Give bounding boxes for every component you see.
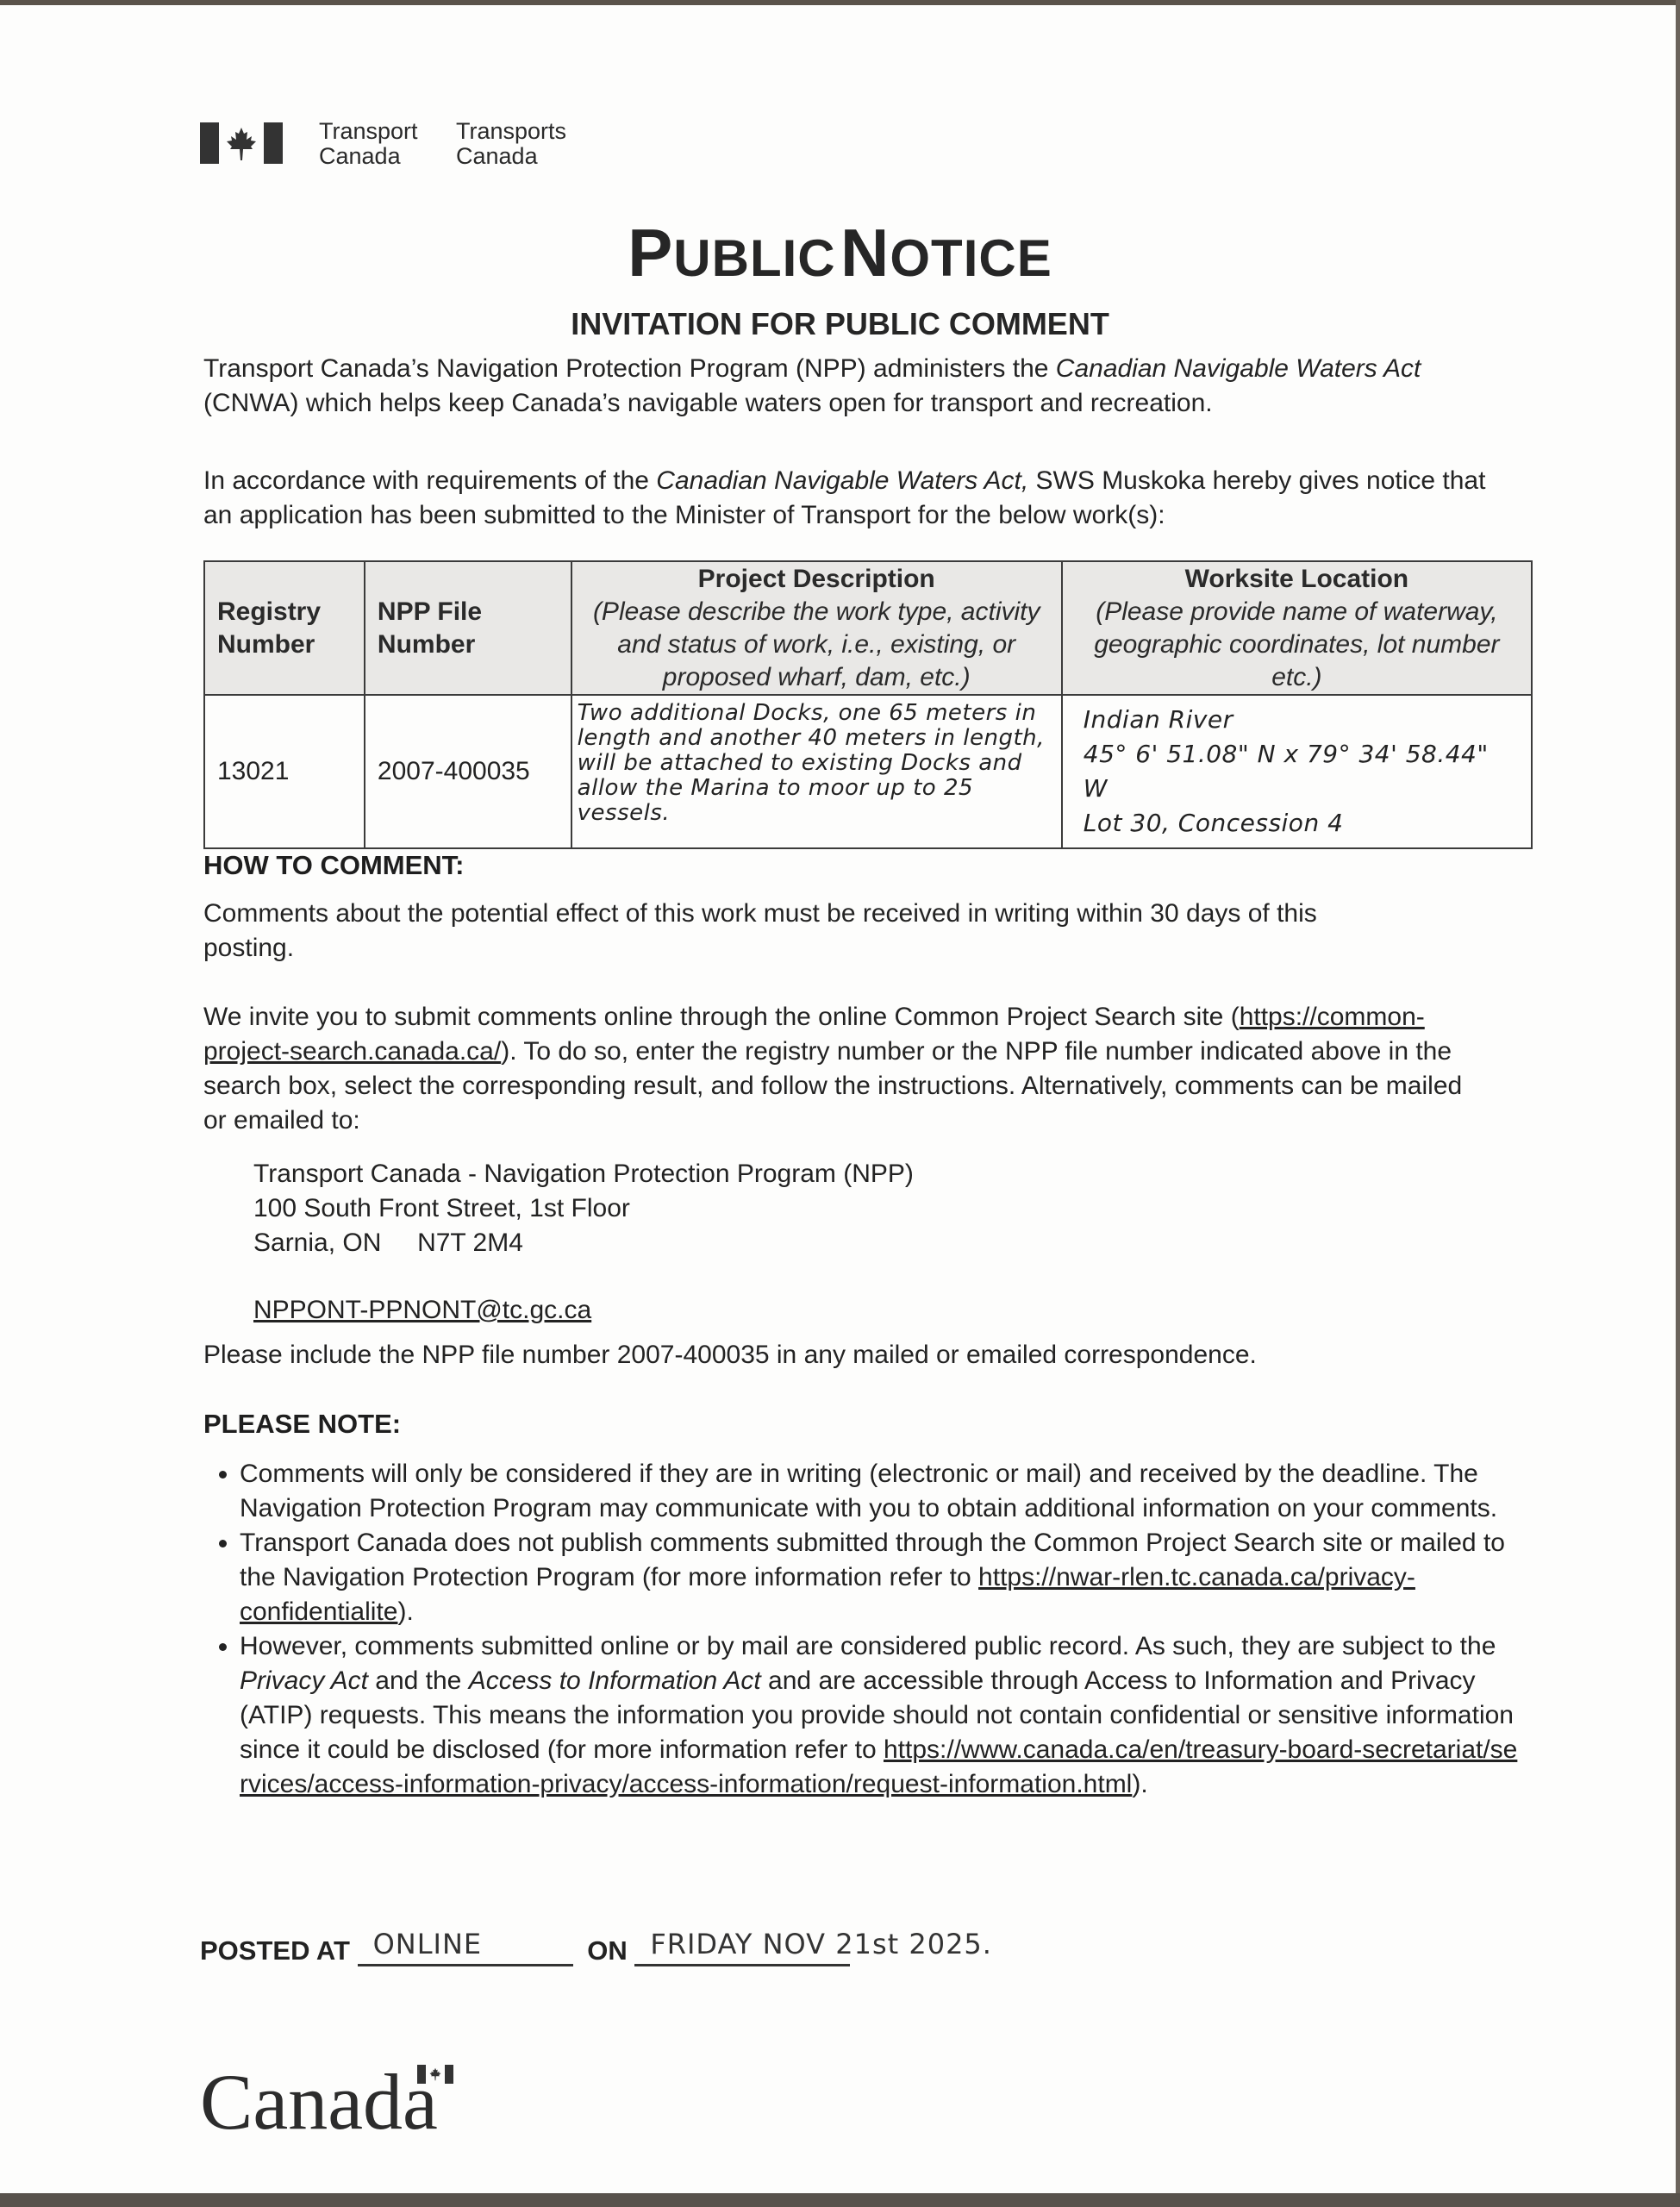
address-line: 100 South Front Street, 1st Floor	[253, 1191, 914, 1226]
cell-worksite-location: Indian River 45° 6' 51.08" N x 79° 34' 5…	[1062, 695, 1532, 848]
header-registry-number: Registry Number	[204, 561, 365, 695]
mailing-address: Transport Canada - Navigation Protection…	[253, 1157, 914, 1260]
note-item: However, comments submitted online or by…	[240, 1629, 1524, 1802]
canada-flag-icon	[417, 2065, 453, 2084]
dept-line: Transport	[319, 119, 418, 144]
cell-npp-file-number: 2007-400035	[365, 695, 571, 848]
posted-line: POSTED AT ONLINE ON FRIDAY NOV 21st 2025…	[200, 1929, 850, 1966]
email-container: NPPONT-PPNONT@tc.gc.ca	[253, 1293, 591, 1328]
department-name-english: Transport Canada	[319, 119, 418, 169]
canada-wordmark: Canada	[200, 2056, 438, 2148]
canada-flag-icon	[200, 122, 283, 164]
how-to-comment-paragraph-3: Please include the NPP file number 2007-…	[203, 1338, 1496, 1372]
table-header-row: Registry Number NPP File Number Project …	[204, 561, 1532, 695]
intro-paragraph-1: Transport Canada’s Navigation Protection…	[203, 352, 1496, 421]
table-row: 13021 2007-400035 Two additional Docks, …	[204, 695, 1532, 848]
cell-registry-number: 13021	[204, 695, 365, 848]
address-line: Transport Canada - Navigation Protection…	[253, 1157, 914, 1191]
dept-line: Transports	[456, 119, 566, 144]
page-title: PUBLIC NOTICE	[0, 214, 1680, 292]
header-worksite-location: Worksite Location (Please provide name o…	[1062, 561, 1532, 695]
intro-paragraph-2: In accordance with requirements of the C…	[203, 464, 1496, 533]
email-link[interactable]: NPPONT-PPNONT@tc.gc.ca	[253, 1296, 591, 1324]
note-item: Transport Canada does not publish commen…	[240, 1526, 1524, 1629]
scan-edge-bottom	[0, 2193, 1680, 2207]
header-npp-file-number: NPP File Number	[365, 561, 571, 695]
cell-project-description: Two additional Docks, one 65 meters in l…	[571, 695, 1062, 848]
dept-line: Canada	[319, 144, 418, 169]
scan-edge-top	[0, 0, 1680, 5]
page-subtitle: INVITATION FOR PUBLIC COMMENT	[0, 306, 1680, 342]
posted-on-label: ON	[587, 1935, 628, 1966]
how-to-comment-heading: HOW TO COMMENT:	[203, 850, 465, 881]
header-project-description: Project Description (Please describe the…	[571, 561, 1062, 695]
posted-at-field: ONLINE	[358, 1929, 573, 1966]
address-line: Sarnia, ON N7T 2M4	[253, 1226, 914, 1260]
dept-line: Canada	[456, 144, 566, 169]
how-to-comment-paragraph-1: Comments about the potential effect of t…	[203, 897, 1410, 966]
posted-at-label: POSTED AT	[200, 1935, 350, 1966]
note-item: Comments will only be considered if they…	[240, 1457, 1524, 1526]
how-to-comment-paragraph-2: We invite you to submit comments online …	[203, 1000, 1479, 1138]
please-note-heading: PLEASE NOTE:	[203, 1409, 401, 1440]
please-note-list: Comments will only be considered if they…	[203, 1457, 1524, 1802]
posted-on-field: FRIDAY NOV 21st 2025.	[634, 1929, 850, 1966]
department-name-french: Transports Canada	[456, 119, 566, 169]
works-table: Registry Number NPP File Number Project …	[203, 560, 1533, 849]
